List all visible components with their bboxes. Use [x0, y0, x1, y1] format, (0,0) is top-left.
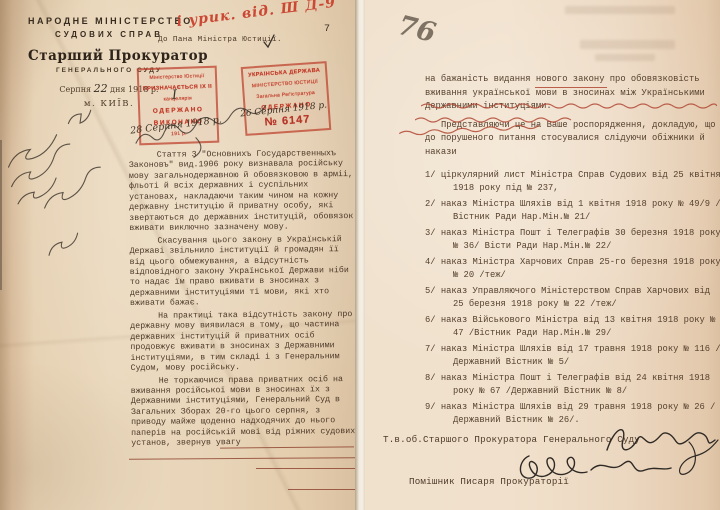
bleedthrough-text — [595, 54, 655, 61]
letterhead-office-title: Старший Прокуратор — [28, 48, 190, 64]
order-item-5: 5/ наказ Управляючого Міністерством Спра… — [425, 285, 720, 312]
underline-mark — [129, 457, 355, 460]
clerk-signature — [511, 446, 676, 497]
paragraph-practice: На практиці така відсутність закону про … — [130, 310, 357, 375]
left-page: НАРОДНЕ МІНІСТЕРСТВО СУДОВИХ СПРАВ Старш… — [0, 0, 357, 510]
paragraph-abolition: Скасування цього закону в Українській Де… — [129, 235, 356, 310]
right-page: 76 на бажаність видання нового закону пр… — [365, 0, 720, 510]
scan-edge — [0, 140, 2, 290]
paragraph-general-court: Не торкаючися права приватних осіб на вж… — [131, 375, 358, 450]
order-item-4: 4/ наказ Міністра Харчових Справ 25-го б… — [425, 256, 720, 283]
document-scan: НАРОДНЕ МІНІСТЕРСТВО СУДОВИХ СПРАВ Старш… — [0, 0, 720, 510]
orders-list: 1/ ціркулярний лист Міністра Справ Судов… — [425, 169, 720, 428]
red-handwritten-annotation: і урик. від. Ш Д-9 — [176, 0, 376, 30]
letterhead-ministry-line1: НАРОДНЕ МІНІСТЕРСТВО — [28, 16, 190, 26]
underline-mark — [256, 468, 356, 469]
order-item-1: 1/ ціркулярний лист Міністра Справ Судов… — [425, 169, 720, 196]
stamp-handwritten-index: І — [171, 88, 177, 103]
order-item-7: 7/ наказ Міністра Шляхів від 17 травня 1… — [425, 343, 720, 370]
order-item-3: 3/ наказ Міністра Пошт і Телеграфів 30 б… — [425, 227, 720, 254]
paragraph-law-1906: Стаття 3 "Основнихъ Государственныхъ Зак… — [129, 149, 356, 235]
stamp-registry-line2: МІНІСТЕРСТВО ЮСТИЦІЇ — [245, 78, 325, 90]
bleedthrough-text — [565, 6, 675, 14]
underline-mark — [288, 489, 356, 490]
order-item-8: 8/ наказ Міністра Пошт і Телеграфів від … — [425, 372, 720, 399]
order-item-6: 6/ наказ Військового Міністра від 13 кві… — [425, 314, 720, 341]
stamp-registry-line1: УКРАЇНСЬКА ДЕРЖАВА — [244, 68, 324, 80]
red-underline — [535, 87, 607, 88]
right-page-number: 76 — [395, 10, 439, 49]
stamp-registry-line3: Загальна Реґістратура — [246, 89, 326, 101]
stamp-ministry-line1: Міністерство Юстиції — [140, 72, 214, 81]
left-page-number: 7 — [324, 24, 330, 35]
stamp-ministry-line2: ПРИЗНАЧАЄТЬСЯ ІХ ІІ — [140, 83, 214, 92]
order-item-2: 2/ наказ Міністра Шляхів від 1 квітня 19… — [425, 198, 720, 225]
left-body-text: Стаття 3 "Основнихъ Государственныхъ Зак… — [129, 149, 358, 452]
ink-checkmark-icon — [262, 33, 276, 54]
stamp-ministry-line3: канцелярія — [141, 95, 215, 104]
bleedthrough-text — [580, 40, 675, 49]
